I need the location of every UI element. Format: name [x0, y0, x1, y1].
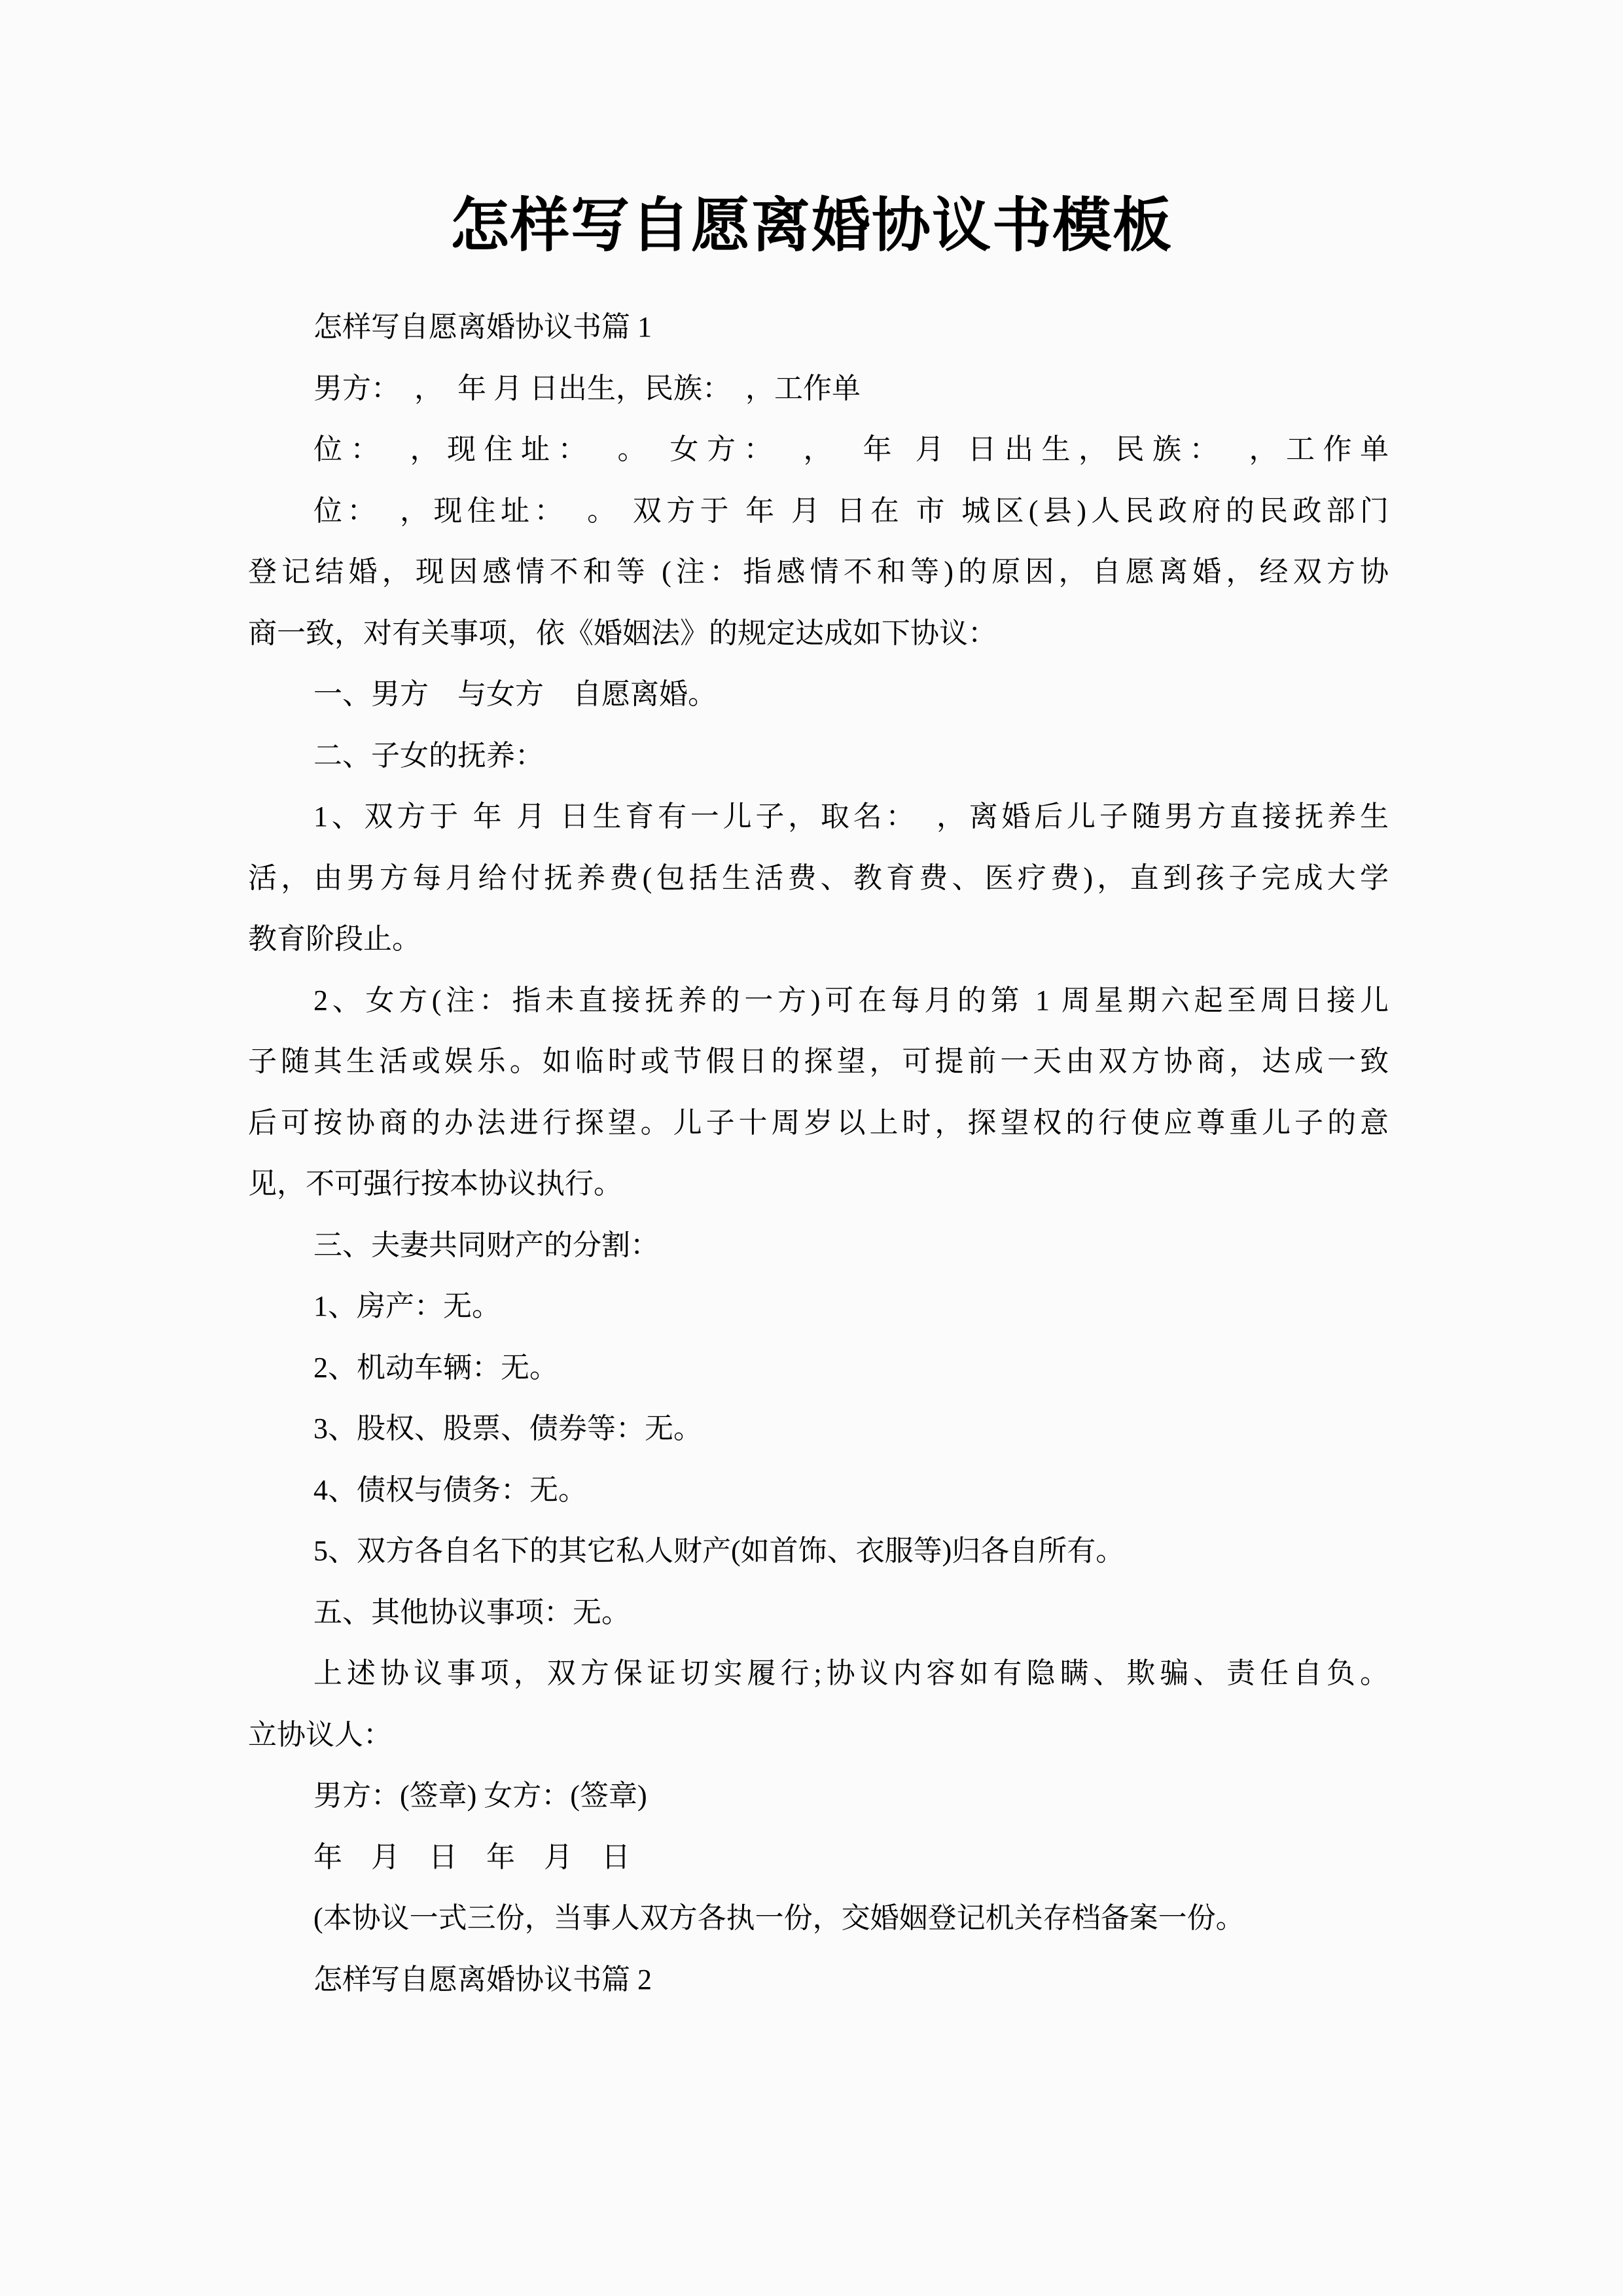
- document-line: 三、夫妻共同财产的分割：: [248, 1215, 1389, 1276]
- document-line: 男方： ， 年 月 日出生，民族： ，工作单: [248, 358, 1389, 420]
- document-page: 怎样写自愿离婚协议书模板 怎样写自愿离婚协议书篇 1男方： ， 年 月 日出生，…: [0, 0, 1623, 2296]
- document-line: 教育阶段止。: [248, 908, 1389, 970]
- document-line: 怎样写自愿离婚协议书篇 1: [248, 296, 1389, 358]
- document-line: 上述协议事项，双方保证切实履行;协议内容如有隐瞒、欺骗、责任自负。: [248, 1643, 1389, 1704]
- document-line: 二、子女的抚养：: [248, 725, 1389, 787]
- document-line: 怎样写自愿离婚协议书篇 2: [248, 1949, 1389, 2011]
- document-line: 五、其他协议事项：无。: [248, 1582, 1389, 1643]
- document-line: 子随其生活或娱乐。如临时或节假日的探望，可提前一天由双方协商，达成一致: [248, 1031, 1389, 1092]
- document-line: 年 月 日 年 月 日: [248, 1827, 1389, 1888]
- document-line: 登记结婚，现因感情不和等 (注：指感情不和等)的原因，自愿离婚，经双方协: [248, 541, 1389, 603]
- document-line: 2、机动车辆：无。: [248, 1337, 1389, 1399]
- document-line: 一、男方 与女方 自愿离婚。: [248, 664, 1389, 725]
- document-line: 2、女方(注：指未直接抚养的一方)可在每月的第 1 周星期六起至周日接儿: [248, 970, 1389, 1031]
- document-line: 1、双方于 年 月 日生育有一儿子，取名： ，离婚后儿子随男方直接抚养生: [248, 786, 1389, 848]
- document-line: 商一致，对有关事项，依《婚姻法》的规定达成如下协议：: [248, 603, 1389, 664]
- document-line: 4、债权与债务：无。: [248, 1460, 1389, 1521]
- document-body: 怎样写自愿离婚协议书篇 1男方： ， 年 月 日出生，民族： ，工作单位： ，现…: [248, 296, 1389, 2010]
- document-line: (本协议一式三份，当事人双方各执一份，交婚姻登记机关存档备案一份。: [248, 1888, 1389, 1949]
- document-line: 位： ，现住址： 。 双方于 年 月 日在 市 城区(县)人民政府的民政部门: [248, 480, 1389, 542]
- document-line: 见，不可强行按本协议执行。: [248, 1153, 1389, 1215]
- document-line: 位： ，现住址： 。 女方： ， 年 月 日出生，民族： ，工作单: [248, 419, 1389, 480]
- document-line: 1、房产：无。: [248, 1276, 1389, 1337]
- document-line: 后可按协商的办法进行探望。儿子十周岁以上时，探望权的行使应尊重儿子的意: [248, 1092, 1389, 1154]
- document-line: 男方：(签章) 女方：(签章): [248, 1765, 1389, 1827]
- document-line: 3、股权、股票、债券等：无。: [248, 1398, 1389, 1460]
- document-title: 怎样写自愿离婚协议书模板: [0, 192, 1623, 260]
- document-line: 活，由男方每月给付抚养费(包括生活费、教育费、医疗费)，直到孩子完成大学: [248, 848, 1389, 909]
- document-line: 立协议人：: [248, 1704, 1389, 1766]
- document-line: 5、双方各自名下的其它私人财产(如首饰、衣服等)归各自所有。: [248, 1520, 1389, 1582]
